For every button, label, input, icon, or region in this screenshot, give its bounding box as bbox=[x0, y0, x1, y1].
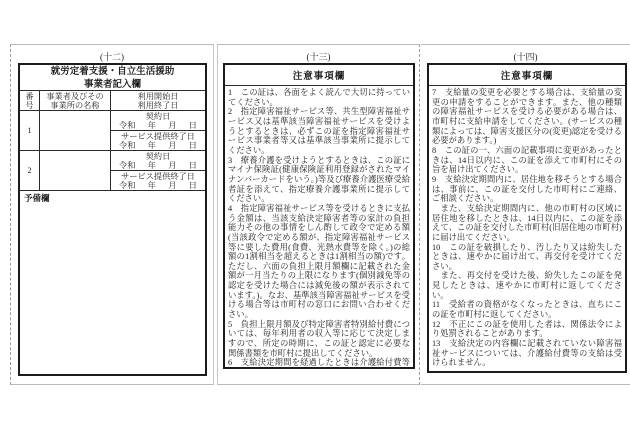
header-number-line2: 号 bbox=[25, 101, 33, 110]
header-end-date: 利用終了日 bbox=[138, 101, 179, 110]
era-label: 令和 bbox=[119, 121, 135, 130]
day-label: 日 bbox=[189, 141, 197, 150]
header-start-date: 利用開始日 bbox=[138, 92, 179, 101]
note-item: 8 この証の一、六面の記載事項に変更があったときは、14日以内に、この証を添えて… bbox=[432, 146, 622, 175]
era-label: 令和 bbox=[119, 141, 135, 150]
note-item: 9 支給決定期間内に、居住地を移そうとする場合は、事前に、この証を交付した市町村… bbox=[432, 175, 622, 204]
row-number-value: 2 bbox=[27, 166, 31, 175]
page-14: (十四) 注意事項欄 7 支給量の変更を必要とする場合は、支給量の変更の申請をす… bbox=[421, 44, 630, 385]
row-number: 2 bbox=[20, 151, 40, 190]
notes-body-13: 1 この証は、各面をよく読んで大切に持っていてください。 2 指定障害福祉サービ… bbox=[225, 86, 413, 369]
reserve-field: 予備欄 bbox=[20, 191, 205, 205]
contract-date-block: 契約日 令和 年 月 日 bbox=[111, 151, 205, 171]
service-end-block: サービス提供終了日 令和 年 月 日 bbox=[111, 171, 205, 190]
form-title: 就労定着支援・自立生活援助 事業者記入欄 bbox=[20, 65, 205, 91]
header-provider-name: 事業者及びその 事業所の名称 bbox=[40, 91, 111, 110]
notes-box-13: 注意事項欄 1 この証は、各面をよく読んで大切に持っていてください。 2 指定障… bbox=[223, 63, 415, 369]
year-label: 年 bbox=[148, 121, 156, 130]
notes-title: 注意事項欄 bbox=[429, 65, 625, 86]
note-item: 12 不正にこの証を使用した者は、関係法令により処罰されることがあります。 bbox=[432, 320, 622, 339]
header-provider-line1: 事業者及びその bbox=[46, 92, 103, 101]
contract-date-line: 令和 年 月 日 bbox=[111, 161, 205, 170]
service-end-date-line: 令和 年 月 日 bbox=[111, 141, 205, 150]
note-item: 13 支給決定の内容欄に記載されていない障害福祉サービスについては、介護給付費等… bbox=[432, 339, 622, 368]
day-label: 日 bbox=[189, 181, 197, 190]
day-label: 日 bbox=[189, 121, 197, 130]
date-cell: 契約日 令和 年 月 日 サービス提供終了日 令和 年 月 bbox=[111, 151, 205, 190]
note-item: 2 指定障害福祉サービス等、共生型障害福祉サービス又は基準該当障害福祉サービスを… bbox=[228, 107, 410, 155]
page-13: (十三) 注意事項欄 1 この証は、各面をよく読んで大切に持っていてください。 … bbox=[217, 44, 420, 385]
form-title-line1: 就労定着支援・自立生活援助 bbox=[20, 66, 205, 79]
note-item: 7 支給量の変更を必要とする場合は、支給量の変更の申請をすることができます。また… bbox=[432, 88, 622, 146]
service-end-label: サービス提供終了日 bbox=[111, 172, 205, 181]
note-item: 10 この証を破損したり、汚したり又は紛失したときは、速やかに届け出て、再交付を… bbox=[432, 243, 622, 272]
provider-name-cell bbox=[40, 151, 111, 190]
year-label: 年 bbox=[148, 141, 156, 150]
section-label-12: (十二) bbox=[11, 52, 213, 63]
contract-label: 契約日 bbox=[111, 112, 205, 121]
note-item: 1 この証は、各面をよく読んで大切に持っていてください。 bbox=[228, 88, 410, 107]
year-label: 年 bbox=[148, 181, 156, 190]
day-label: 日 bbox=[189, 161, 197, 170]
year-label: 年 bbox=[148, 161, 156, 170]
row-number: 1 bbox=[20, 111, 40, 150]
section-label-14: (十四) bbox=[421, 52, 630, 63]
provider-entry-table: 就労定着支援・自立生活援助 事業者記入欄 番 号 事業者及びその 事業所の名称 … bbox=[18, 63, 207, 376]
note-item: 5 負担上限月額及び特定障害者特別給付費については、毎年利用者の収入等に応じて決… bbox=[228, 320, 410, 359]
header-use-dates: 利用開始日 利用終了日 bbox=[111, 91, 205, 110]
note-item: 4 指定障害福祉サービス等を受けるときに支払う金額は、当該支給決定障害者等の家計… bbox=[228, 204, 410, 320]
reserve-label: 予備欄 bbox=[24, 193, 50, 203]
table-header-row: 番 号 事業者及びその 事業所の名称 利用開始日 利用終了日 bbox=[20, 91, 205, 111]
form-title-line2: 事業者記入欄 bbox=[20, 79, 205, 92]
contract-date-line: 令和 年 月 日 bbox=[111, 121, 205, 130]
service-end-date-line: 令和 年 月 日 bbox=[111, 181, 205, 190]
header-provider-line2: 事業所の名称 bbox=[50, 101, 99, 110]
date-cell: 契約日 令和 年 月 日 サービス提供終了日 令和 年 月 bbox=[111, 111, 205, 150]
table-row: 1 契約日 令和 年 月 日 サービス提供終了日 bbox=[20, 111, 205, 151]
notes-box-14: 注意事項欄 7 支給量の変更を必要とする場合は、支給量の変更の申請をすることがで… bbox=[427, 63, 627, 373]
document-canvas: (十二) 就労定着支援・自立生活援助 事業者記入欄 番 号 事業者及びその 事業… bbox=[0, 0, 630, 439]
month-label: 月 bbox=[168, 161, 176, 170]
month-label: 月 bbox=[168, 181, 176, 190]
era-label: 令和 bbox=[119, 181, 135, 190]
provider-name-cell bbox=[40, 111, 111, 150]
month-label: 月 bbox=[168, 121, 176, 130]
month-label: 月 bbox=[168, 141, 176, 150]
note-item: また、支給決定期間内に、他の市町村の区域に居住地を移したときは、14日以内に、こ… bbox=[432, 204, 622, 243]
table-row: 2 契約日 令和 年 月 日 サービス提供終了日 bbox=[20, 151, 205, 191]
era-label: 令和 bbox=[119, 161, 135, 170]
contract-label: 契約日 bbox=[111, 152, 205, 161]
service-end-block: サービス提供終了日 令和 年 月 日 bbox=[111, 131, 205, 150]
row-number-value: 1 bbox=[27, 126, 31, 135]
header-number: 番 号 bbox=[20, 91, 40, 110]
notes-title: 注意事項欄 bbox=[225, 65, 413, 86]
section-label-13: (十三) bbox=[218, 52, 419, 63]
note-item: また、再交付を受けた後、紛失したこの証を発見したときは、速やかに市町村に返してく… bbox=[432, 271, 622, 300]
service-end-label: サービス提供終了日 bbox=[111, 132, 205, 141]
contract-date-block: 契約日 令和 年 月 日 bbox=[111, 111, 205, 131]
header-number-line1: 番 bbox=[25, 92, 33, 101]
note-item: 3 療養介護を受けようとするときは、この証にマイナ保険証(健康保険証利用登録がさ… bbox=[228, 156, 410, 204]
note-item: 11 受給者の資格がなくなったときは、直ちにこの証を市町村に返してください。 bbox=[432, 300, 622, 319]
notes-body-14: 7 支給量の変更を必要とする場合は、支給量の変更の申請をすることができます。また… bbox=[429, 86, 625, 368]
page-12: (十二) 就労定着支援・自立生活援助 事業者記入欄 番 号 事業者及びその 事業… bbox=[10, 44, 214, 385]
note-item: 6 支給決定期間を経過したときは介護給付費等の支給を受けられませんので、支給決定… bbox=[228, 358, 410, 369]
